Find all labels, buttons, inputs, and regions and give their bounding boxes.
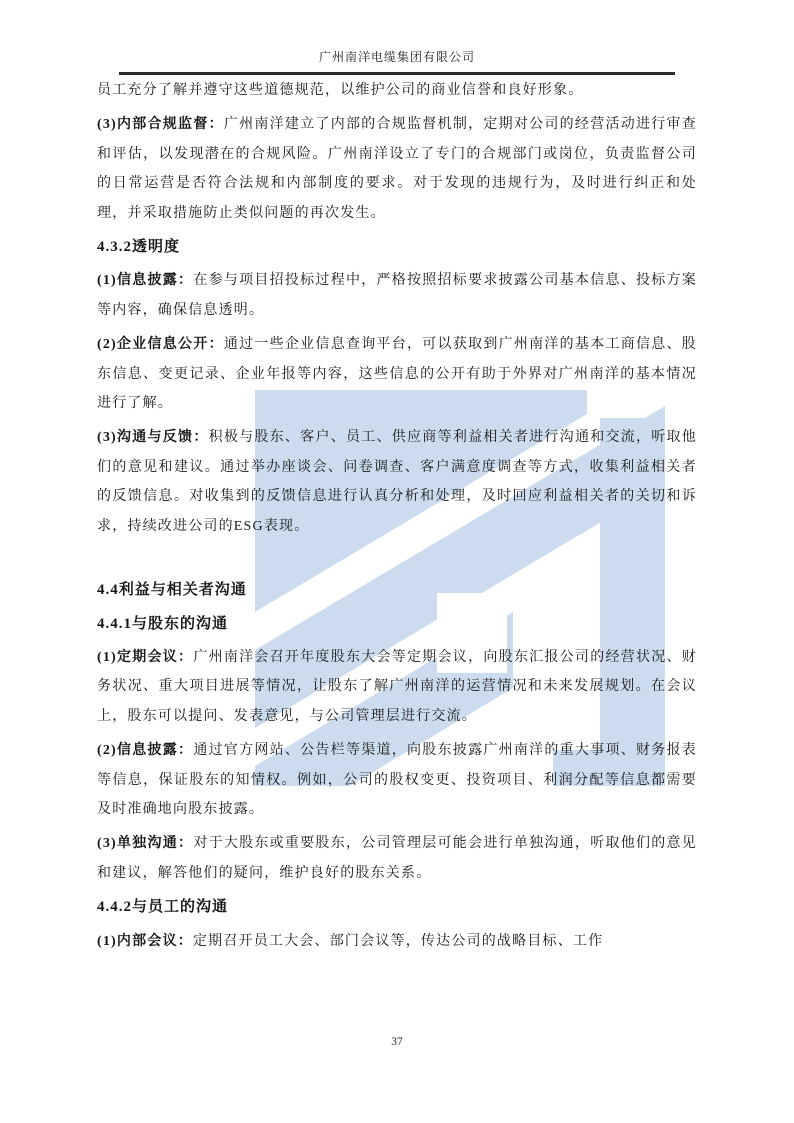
section-heading: 4.4.2与员工的沟通 bbox=[97, 893, 697, 922]
section-heading: 4.3.2透明度 bbox=[97, 233, 697, 262]
paragraph-label: (1)定期会议： bbox=[97, 650, 193, 665]
page-number: 37 bbox=[0, 1036, 794, 1048]
paragraph: (3)沟通与反馈：积极与股东、客户、员工、供应商等利益相关者进行沟通和交流，听取… bbox=[97, 423, 697, 541]
paragraph-label: (3)内部合规监督： bbox=[97, 117, 224, 132]
paragraph-label: (1)内部会议： bbox=[97, 934, 193, 949]
paragraph: 员工充分了解并遵守这些道德规范，以维护公司的商业信誉和良好形象。 bbox=[97, 76, 697, 105]
blank-line bbox=[97, 546, 697, 573]
document-page: 广州南洋电缆集团有限公司 员工充分了解并遵守这些道德规范，以维护公司的商业信誉和… bbox=[0, 0, 794, 1123]
paragraph-text: 积极与股东、客户、员工、供应商等利益相关者进行沟通和交流，听取他们的意见和建议。… bbox=[97, 430, 697, 533]
paragraph: (2)企业信息公开：通过一些企业信息查询平台，可以获取到广州南洋的基本工商信息、… bbox=[97, 330, 697, 418]
paragraph-text: 定期召开员工大会、部门会议等，传达公司的战略目标、工作 bbox=[193, 934, 603, 949]
paragraph-label: (2)企业信息公开： bbox=[97, 337, 224, 352]
header-rule bbox=[119, 72, 675, 75]
paragraph: (3)内部合规监督：广州南洋建立了内部的合规监督机制，定期对公司的经营活动进行审… bbox=[97, 110, 697, 228]
paragraph: (1)信息披露：在参与项目招投标过程中，严格按照招标要求披露公司基本信息、投标方… bbox=[97, 266, 697, 325]
paragraph: (3)单独沟通：对于大股东或重要股东，公司管理层可能会进行单独沟通，听取他们的意… bbox=[97, 829, 697, 888]
paragraph: (1)定期会议：广州南洋会召开年度股东大会等定期会议，向股东汇报公司的经营状况、… bbox=[97, 643, 697, 731]
section-heading: 4.4利益与相关者沟通 bbox=[97, 576, 697, 605]
paragraph-label: (2)信息披露： bbox=[97, 743, 193, 758]
paragraph-text: 广州南洋建立了内部的合规监督机制，定期对公司的经营活动进行审查和评估，以发现潜在… bbox=[97, 117, 697, 220]
section-heading: 4.4.1与股东的沟通 bbox=[97, 610, 697, 639]
page-header-company-name: 广州南洋电缆集团有限公司 bbox=[0, 48, 794, 65]
paragraph-label: (3)沟通与反馈： bbox=[97, 430, 209, 445]
paragraph-label: (3)单独沟通： bbox=[97, 836, 193, 851]
paragraph-label: (1)信息披露： bbox=[97, 273, 193, 288]
document-body: 员工充分了解并遵守这些道德规范，以维护公司的商业信誉和良好形象。(3)内部合规监… bbox=[97, 76, 697, 961]
paragraph: (1)内部会议：定期召开员工大会、部门会议等，传达公司的战略目标、工作 bbox=[97, 927, 697, 956]
paragraph: (2)信息披露：通过官方网站、公告栏等渠道，向股东披露广州南洋的重大事项、财务报… bbox=[97, 736, 697, 824]
paragraph-text: 员工充分了解并遵守这些道德规范，以维护公司的商业信誉和良好形象。 bbox=[97, 83, 583, 98]
